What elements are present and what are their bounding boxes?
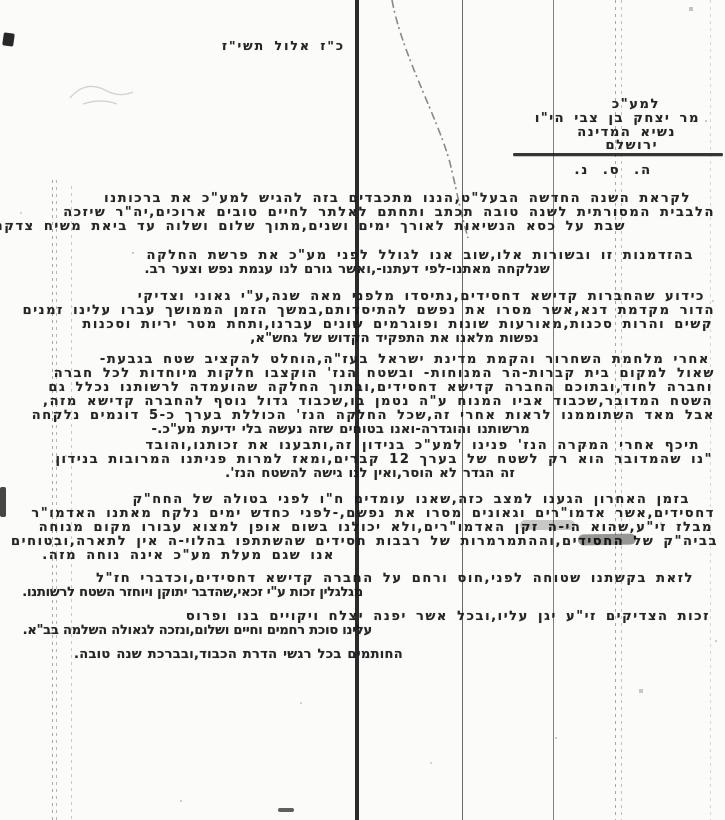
scan-speckles	[0, 0, 2, 2]
letter-line: אחרי מלחמת השחרור והקמת מדינת ישראל בעז"…	[100, 352, 710, 367]
recipient-salutation: למע"כ	[612, 97, 660, 112]
letter-line: כידוע שהחברות קדישא דחסידים,נתיסדו מלפני…	[138, 289, 705, 304]
letter-line: שבת על כסא הנשיאות לאורך ימים ושנים,מתוך…	[0, 219, 626, 234]
ink-blot-top-left	[2, 32, 15, 46]
city-underline	[513, 153, 723, 156]
letter-line: אנו שגם מעלת מע"כ אינה נוחה מזה.	[42, 548, 335, 563]
letter-line: דחסידים,אשר אדמו"רים וגאונים מסרו את נפש…	[31, 506, 715, 521]
letter-line: הדור מקדמת דנא,אשר מסרו את נפשם להתיסדות…	[23, 303, 715, 318]
ink-streak-left-edge	[0, 487, 6, 517]
fold-line-left-thin	[71, 186, 72, 820]
letter-line: נפשות מלאנו את התפקיד הקדוש של גחש"א,	[250, 331, 539, 346]
letter-line: לזאת בקשתנו שטוחה לפני,חוס ורחם על החברה…	[96, 571, 694, 586]
letter-line: הלבבית המסורתית לשנה טובה תכתב ותחתם לאל…	[63, 205, 715, 220]
letter-line: קשים והרות סכנות,מאורעות שונות ופוגרמים …	[82, 317, 713, 332]
ink-smudge	[578, 533, 636, 545]
letter-line: מגלגלין זכות ע"י זכאי,שהדבר יתוקן ויוחזר…	[22, 585, 363, 600]
letter-line: שנלקחה מאתנו-לפי דעתנו-,ואשר גורם לנו עג…	[144, 262, 550, 277]
letter-line: מבלז זי"ע,שהוא הי-ה זקן האדמו"רים,ולא יכ…	[39, 520, 713, 535]
letter-line: וחברה לחוד,ובתוכם החברה קדישא דחסידים,וב…	[48, 380, 713, 395]
letter-line: עלינו סוכת רחמים וחיים ושלום,ונזכה לגאול…	[23, 623, 372, 638]
letter-line: לקראת השנה החדשה הבעל"ט,הננו מתכבדים בזה…	[104, 191, 691, 206]
letter-line: בהזדמנות זו ובשורות אלו,שוב אנו לגולל לפ…	[147, 248, 694, 263]
ink-smudge	[520, 520, 575, 530]
ink-dash-bottom	[278, 808, 294, 812]
closing-line: החותמים בכל רגשי הדרת הכבוד,ובברכת שנה ט…	[74, 647, 403, 662]
letter-date: כ"ז אלול תשי"ז	[222, 38, 345, 53]
letter-line: זכות הצדיקים זי"ע יגן עליו,ובכל אשר יפנה…	[186, 609, 710, 624]
reference-line: ה. ס. נ.	[574, 163, 652, 178]
letter-line: שאול למקום בית קברות-הר המנוחות- ובשטח ה…	[54, 366, 715, 381]
letter-line: מרשותנו והוגדרה-ואנו בטוחים שזה נעשה בלי…	[152, 422, 530, 437]
letter-line: בזמן האחרון הגענו למצב כזה,שאנו עומדים ח…	[133, 492, 690, 507]
pencil-scribble	[70, 86, 133, 104]
letter-line: "נו שהמדובר הוא רק לשטח של בערך 12 קברים…	[55, 452, 713, 467]
letter-line: זה הגדר לא הוסר,ואין לנו גישה להשטח הנז'…	[225, 466, 515, 481]
recipient-name: מר יצחק בן צבי הי"ו	[535, 111, 700, 126]
scanned-letter-page: כ"ז אלול תשי"ז למע"כ מר יצחק בן צבי הי"ו…	[0, 0, 725, 820]
fold-line-left-outer	[52, 180, 53, 820]
letter-line: השטח המדובר,שכבוד אביו המנוח ע"ה נטמן בו…	[43, 394, 713, 409]
recipient-city: ירושלם	[606, 138, 659, 153]
letter-line: תיכף אחרי המקרה הנז' פנינו למע"כ בנידון …	[145, 438, 700, 453]
letter-line: אבל מאד השתוממנו לראות אחרי זה,שכל החלקה…	[32, 408, 715, 423]
fold-line-left-inner	[56, 180, 57, 820]
